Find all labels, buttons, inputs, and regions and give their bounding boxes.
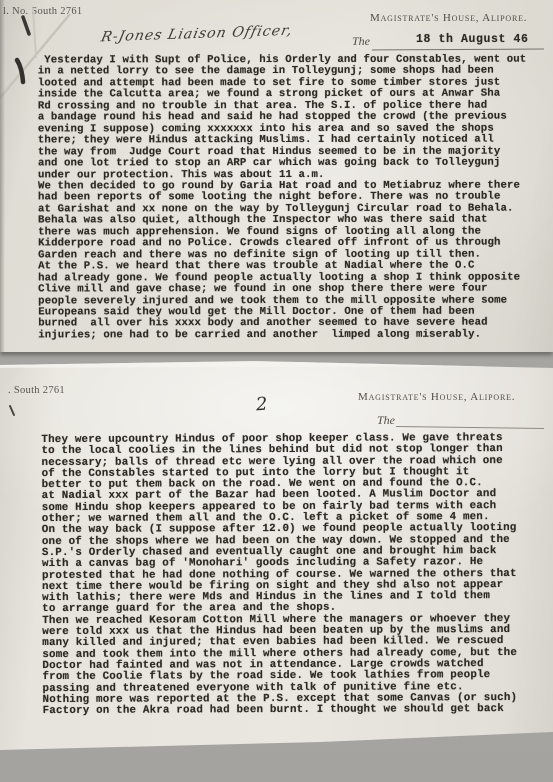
telephone-number: . South 2761 bbox=[8, 385, 65, 396]
letter-page-2: . South 2761 2 Magistrate's House, Alipo… bbox=[0, 361, 553, 753]
letter-page-1: l. No. South 2761 Magistrate's House, Al… bbox=[0, 0, 553, 352]
typed-line: injuries; one had to be carried and anot… bbox=[38, 329, 527, 341]
date-the-label: The bbox=[352, 34, 370, 49]
letterhead-address: Magistrate's House, Alipore. bbox=[358, 391, 515, 403]
scanned-document: { "document": { "page1": { "tel": "l. No… bbox=[0, 0, 553, 782]
telephone-number: l. No. South 2761 bbox=[3, 6, 82, 17]
date-underline bbox=[372, 49, 544, 51]
date-the-label: The bbox=[377, 413, 395, 428]
typed-body-page-2: They were upcountry Hindus of poor shop … bbox=[41, 433, 517, 717]
page-number: 2 bbox=[255, 394, 268, 416]
typed-body-page-1: Yesterday I with Supt of Police, his Ord… bbox=[38, 55, 527, 342]
typed-date: 18 th August 46 bbox=[416, 33, 529, 46]
handwritten-addressee: R-Jones Liaison Officer, bbox=[100, 23, 295, 46]
typed-line: Factory on the Akra road had been burnt.… bbox=[43, 704, 518, 717]
date-underline bbox=[396, 426, 544, 429]
letterhead-address: Magistrate's House, Alipore. bbox=[370, 12, 527, 24]
